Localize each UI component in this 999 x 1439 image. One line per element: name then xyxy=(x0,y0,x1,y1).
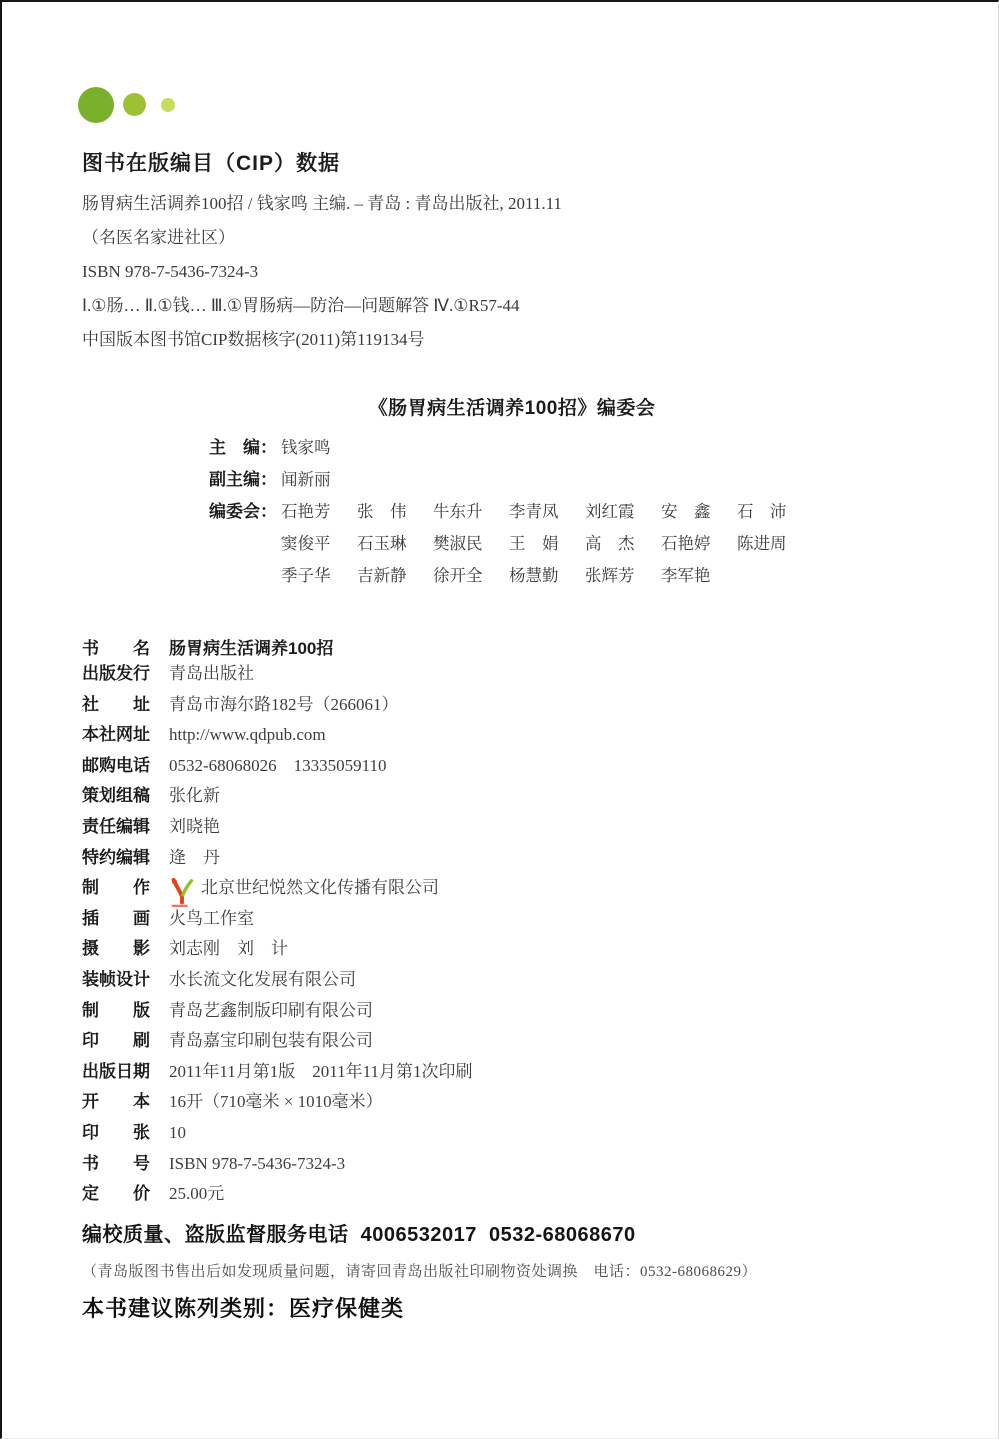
info-label: 责任编辑 xyxy=(82,812,152,837)
info-value: 逄 丹 xyxy=(169,843,220,874)
info-label: 邮购电话 xyxy=(82,751,152,776)
info-value: 火鸟工作室 xyxy=(169,904,254,935)
member-name: 窦俊平 xyxy=(281,528,357,560)
cip-line: ISBN 978-7-5436-7324-3 xyxy=(82,255,968,289)
member-name: 高 杰 xyxy=(585,528,661,560)
member-name: 季子华 xyxy=(281,560,357,592)
cip-block: 肠胃病生活调养100招 / 钱家鸣 主编. – 青岛 : 青岛出版社, 2011… xyxy=(82,187,968,357)
member-name: 石艳婷 xyxy=(661,528,737,560)
member-name: 吉新静 xyxy=(357,560,433,592)
deputy-editor-label: 副主编： xyxy=(209,465,281,490)
info-row-order-phone: 邮购电话 0532-68068026 13335059110 xyxy=(82,751,968,782)
committee-members-row: 窦俊平 石玉琳 樊淑民 王 娟 高 杰 石艳婷 陈进周 xyxy=(209,528,968,560)
member-name: 石玉琳 xyxy=(357,528,433,560)
info-value: 张化新 xyxy=(169,781,220,812)
chief-editor-row: 主 编： 钱家鸣 xyxy=(209,432,968,464)
info-label: 制 作 xyxy=(82,873,152,898)
info-value: 青岛艺鑫制版印刷有限公司 xyxy=(169,996,373,1027)
info-label: 特约编辑 xyxy=(82,843,152,868)
member-name: 徐开全 xyxy=(433,560,509,592)
info-label: 社 址 xyxy=(82,690,152,715)
committee-header: 《肠胃病生活调养100招》编委会 xyxy=(80,393,944,420)
info-label: 插 画 xyxy=(82,904,152,929)
info-label: 书 名 xyxy=(82,634,152,659)
info-row-isbn: 书 号 ISBN 978-7-5436-7324-3 xyxy=(82,1149,968,1180)
info-row-planning: 策划组稿 张化新 xyxy=(82,781,968,812)
info-row-photography: 摄 影 刘志刚 刘 计 xyxy=(82,934,968,965)
info-value: 北京世纪悦然文化传播有限公司 xyxy=(201,873,439,904)
member-name: 张辉芳 xyxy=(585,560,661,592)
editorial-committee: 《肠胃病生活调养100招》编委会 主 编： 钱家鸣 副主编： 闻新丽 编委会： … xyxy=(80,393,968,592)
info-label: 印 刷 xyxy=(82,1026,152,1051)
committee-body: 主 编： 钱家鸣 副主编： 闻新丽 编委会： 石艳芳 张 伟 牛东升 李青凤 刘… xyxy=(80,432,968,592)
info-value: 青岛市海尔路182号（266061） xyxy=(169,690,399,721)
green-dot-medium-icon xyxy=(123,93,146,116)
publication-info: 书 名 肠胃病生活调养100招 出版发行 青岛出版社 社 址 青岛市海尔路182… xyxy=(80,634,968,1210)
info-row-sheets: 印 张 10 xyxy=(82,1118,968,1149)
info-row-platemaking: 制 版 青岛艺鑫制版印刷有限公司 xyxy=(82,996,968,1027)
info-label: 出版日期 xyxy=(82,1057,152,1082)
publisher-url-text: http://www.qdpub.com xyxy=(169,720,326,751)
info-value: 10 xyxy=(169,1118,186,1149)
info-row-special-editor: 特约编辑 逄 丹 xyxy=(82,843,968,874)
info-value: 0532-68068026 13335059110 xyxy=(169,751,387,782)
info-label: 策划组稿 xyxy=(82,781,152,806)
info-row-printing: 印 刷 青岛嘉宝印刷包装有限公司 xyxy=(82,1026,968,1057)
quality-hotline-line: 编校质量、盗版监督服务电话 4006532017 0532-68068670 xyxy=(80,1218,968,1247)
info-value: 2011年11月第1版 2011年11月第1次印刷 xyxy=(169,1057,472,1088)
member-name: 樊淑民 xyxy=(433,528,509,560)
info-label: 装帧设计 xyxy=(82,965,152,990)
exchange-note-line: （青岛版图书售出后如发现质量问题，请寄回青岛出版社印刷物资处调换 电话：0532… xyxy=(80,1260,968,1281)
info-row-format: 开 本 16开（710毫米 × 1010毫米） xyxy=(82,1087,968,1118)
info-label: 摄 影 xyxy=(82,934,152,959)
info-row-website: 本社网址 http://www.qdpub.com xyxy=(82,720,968,751)
cip-title: 图书在版编目（CIP）数据 xyxy=(82,147,968,177)
green-dot-large-icon xyxy=(78,87,114,123)
shelving-category-line: 本书建议陈列类别：医疗保健类 xyxy=(80,1292,968,1323)
member-name: 王 娟 xyxy=(509,528,585,560)
info-value: 16开（710毫米 × 1010毫米） xyxy=(169,1087,383,1118)
info-row-producer: 制 作 北京世纪悦然文化传播有限公司 xyxy=(82,873,968,904)
info-value: 刘晓艳 xyxy=(169,812,220,843)
info-row-address: 社 址 青岛市海尔路182号（266061） xyxy=(82,690,968,721)
member-name: 陈进周 xyxy=(737,528,813,560)
info-value: 肠胃病生活调养100招 xyxy=(169,634,333,659)
member-name: 牛东升 xyxy=(433,496,509,528)
info-label: 出版发行 xyxy=(82,659,152,684)
info-row-publisher: 出版发行 青岛出版社 xyxy=(82,659,968,690)
info-value: 25.00元 xyxy=(169,1179,224,1210)
copyright-page: 图书在版编目（CIP）数据 肠胃病生活调养100招 / 钱家鸣 主编. – 青岛… xyxy=(0,0,999,1439)
chief-editor-label: 主 编： xyxy=(209,433,281,458)
info-label: 开 本 xyxy=(82,1087,152,1112)
cip-line: 肠胃病生活调养100招 / 钱家鸣 主编. – 青岛 : 青岛出版社, 2011… xyxy=(82,187,968,221)
info-value: 刘志刚 刘 计 xyxy=(169,934,288,965)
chief-editor-name: 钱家鸣 xyxy=(281,432,331,464)
committee-members-label: 编委会： xyxy=(209,497,281,522)
decorative-dots xyxy=(78,86,968,123)
cip-line: （名医名家进社区） xyxy=(82,221,968,255)
info-label: 书 号 xyxy=(82,1149,152,1174)
info-value: ISBN 978-7-5436-7324-3 xyxy=(169,1149,345,1180)
committee-members-row: 季子华 吉新静 徐开全 杨慧勤 张辉芳 李军艳 xyxy=(209,560,968,592)
member-name: 石艳芳 xyxy=(281,496,357,528)
info-value: 青岛嘉宝印刷包装有限公司 xyxy=(169,1026,373,1057)
info-row-binding-design: 装帧设计 水长流文化发展有限公司 xyxy=(82,965,968,996)
member-name: 杨慧勤 xyxy=(509,560,585,592)
info-label: 制 版 xyxy=(82,996,152,1021)
info-row-illustration: 插 画 火鸟工作室 xyxy=(82,904,968,935)
member-name: 李军艳 xyxy=(661,560,737,592)
member-name: 张 伟 xyxy=(357,496,433,528)
info-label: 定 价 xyxy=(82,1179,152,1204)
member-name: 李青凤 xyxy=(509,496,585,528)
deputy-editor-row: 副主编： 闻新丽 xyxy=(209,464,968,496)
info-row-price: 定 价 25.00元 xyxy=(82,1179,968,1210)
info-value: 青岛出版社 xyxy=(169,659,254,690)
info-label: 印 张 xyxy=(82,1118,152,1143)
deputy-editor-name: 闻新丽 xyxy=(281,464,331,496)
committee-members-row: 编委会： 石艳芳 张 伟 牛东升 李青凤 刘红霞 安 鑫 石 沛 xyxy=(209,496,968,528)
member-name: 刘红霞 xyxy=(585,496,661,528)
info-row-publish-date: 出版日期 2011年11月第1版 2011年11月第1次印刷 xyxy=(82,1057,968,1088)
green-dot-small-icon xyxy=(161,98,175,112)
info-label: 本社网址 xyxy=(82,720,152,745)
cip-line: 中国版本图书馆CIP数据核字(2011)第119134号 xyxy=(82,323,968,357)
info-row-book-title: 书 名 肠胃病生活调养100招 xyxy=(82,634,968,659)
info-value: 水长流文化发展有限公司 xyxy=(169,965,356,996)
info-row-responsible-editor: 责任编辑 刘晓艳 xyxy=(82,812,968,843)
cip-line: Ⅰ.①肠… Ⅱ.①钱… Ⅲ.①胃肠病—防治—问题解答 Ⅳ.①R57-44 xyxy=(82,289,968,323)
member-name: 安 鑫 xyxy=(661,496,737,528)
member-name: 石 沛 xyxy=(737,496,813,528)
